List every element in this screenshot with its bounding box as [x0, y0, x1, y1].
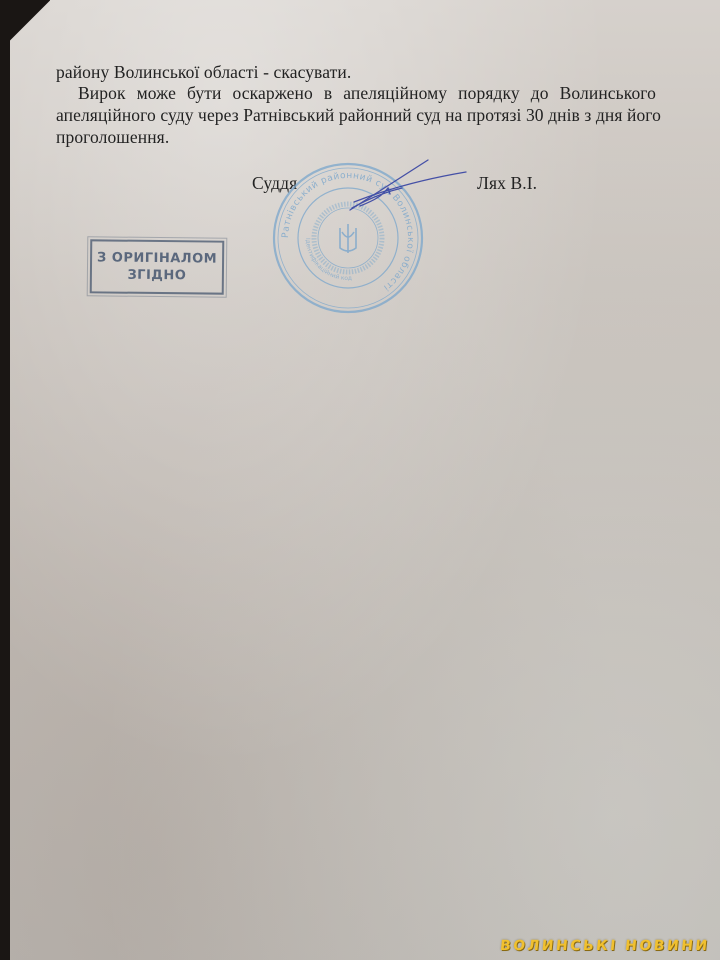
watermark-logo: ВОЛИНСЬКІ НОВИНИ: [500, 938, 711, 954]
appeal-line-1: Вирок може бути оскаржено в апеляційному…: [56, 82, 656, 104]
document-page: району Волинської області - скасувати. В…: [10, 0, 720, 960]
appeal-paragraph: Вирок може бути оскаржено в апеляційному…: [56, 82, 656, 148]
stamp-line-2: ЗГІДНО: [127, 267, 186, 285]
judge-name: Лях В.І.: [477, 172, 537, 194]
stamp-line-1: З ОРИГІНАЛОМ: [97, 249, 217, 267]
certified-copy-stamp: З ОРИГІНАЛОМ ЗГІДНО: [90, 239, 225, 294]
text-line-verdict-end: району Волинської області - скасувати.: [56, 61, 351, 83]
page-corner-shadow: [10, 0, 50, 60]
judge-signature: [330, 158, 470, 218]
trident-icon: [340, 224, 356, 253]
appeal-line-2: апеляційного суду через Ратнівський райо…: [56, 104, 656, 126]
appeal-line-3: проголошення.: [56, 126, 656, 148]
